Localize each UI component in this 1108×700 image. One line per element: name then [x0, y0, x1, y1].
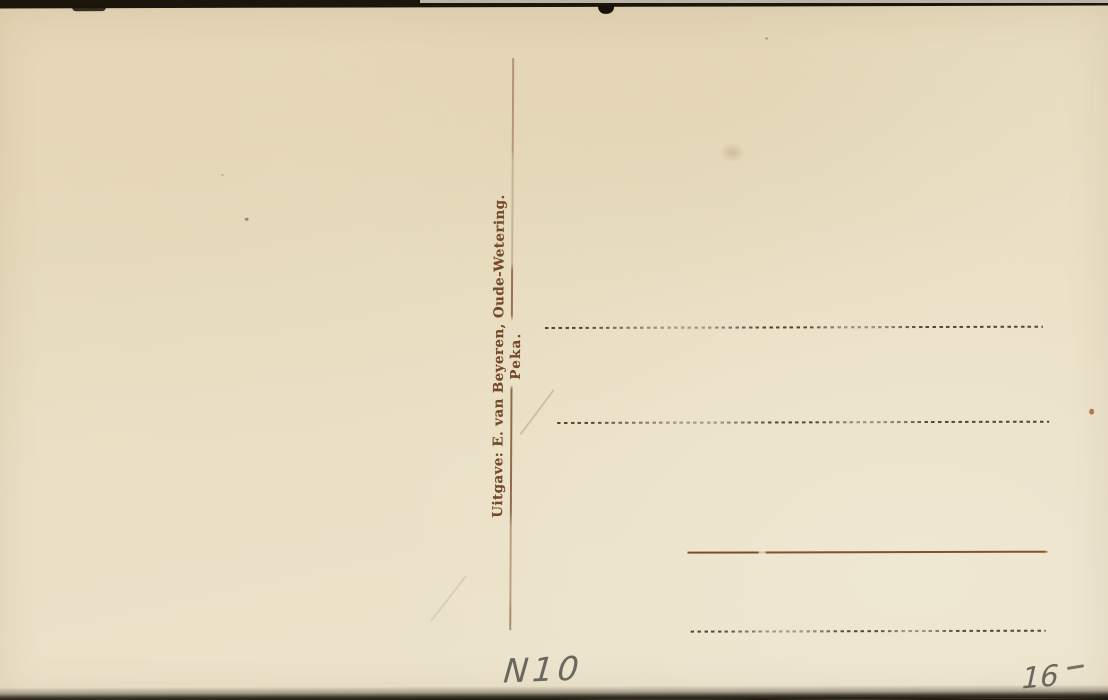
paper-speck — [222, 174, 224, 176]
rust-speck — [1089, 409, 1094, 415]
pencil-dash — [1067, 664, 1084, 669]
handwritten-number: N10 — [502, 649, 584, 691]
paper-speck — [245, 218, 249, 221]
address-line-1 — [545, 326, 1043, 329]
paper-speck — [765, 37, 768, 39]
address-line-4 — [691, 630, 1046, 633]
scan-edge-strip — [420, 0, 1108, 3]
top-edge-notch — [72, 7, 106, 11]
address-line-3-solid — [688, 551, 1048, 554]
handwritten-price: 16 — [1021, 656, 1084, 696]
photo-background: Uitgave: E. van Beyeren, Oude-Wetering. … — [0, 0, 1108, 700]
publisher-imprint-text: Uitgave: E. van Beyeren, Oude-Wetering. — [490, 176, 509, 536]
publisher-brand-text: Peka. — [507, 176, 526, 536]
handwritten-price-value: 16 — [1021, 658, 1059, 696]
publisher-imprint: Uitgave: E. van Beyeren, Oude-Wetering. … — [490, 176, 526, 536]
postcard-back: Uitgave: E. van Beyeren, Oude-Wetering. … — [0, 6, 1108, 700]
pencil-scuff — [430, 575, 467, 622]
paper-stain — [719, 142, 745, 162]
address-line-2 — [557, 421, 1049, 424]
top-edge-notch — [598, 6, 614, 14]
